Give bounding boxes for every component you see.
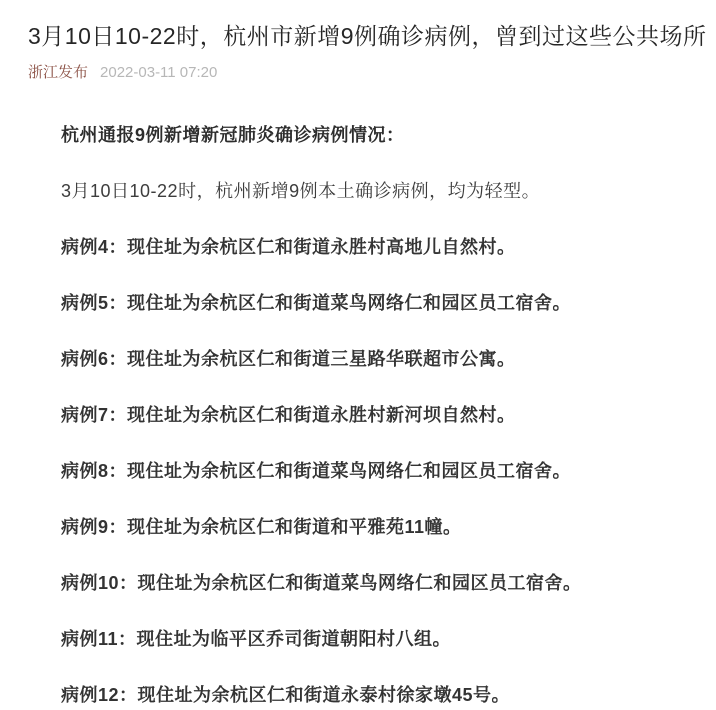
body-heading: 杭州通报9例新增新冠肺炎确诊病例情况：: [61, 122, 692, 148]
case-line: 病例12：现住址为余杭区仁和街道永泰村徐家墩45号。: [61, 682, 692, 708]
intro-paragraph: 3月10日10-22时，杭州新增9例本土确诊病例，均为轻型。: [61, 178, 692, 204]
case-line: 病例8：现住址为余杭区仁和街道菜鸟网络仁和园区员工宿舍。: [61, 458, 692, 484]
case-line: 病例5：现住址为余杭区仁和街道菜鸟网络仁和园区员工宿舍。: [61, 290, 692, 316]
article-title: 3月10日10-22时，杭州市新增9例确诊病例，曾到过这些公共场所: [28, 20, 692, 52]
case-line: 病例11：现住址为临平区乔司街道朝阳村八组。: [61, 626, 692, 652]
source-link[interactable]: 浙江发布: [28, 64, 88, 81]
publish-time: 2022-03-11 07:20: [100, 64, 217, 81]
case-line: 病例9：现住址为余杭区仁和街道和平雅苑11幢。: [61, 514, 692, 540]
byline: 浙江发布 2022-03-11 07:20: [28, 64, 692, 81]
case-line: 病例10：现住址为余杭区仁和街道菜鸟网络仁和园区员工宿舍。: [61, 570, 692, 596]
article-body: 杭州通报9例新增新冠肺炎确诊病例情况： 3月10日10-22时，杭州新增9例本土…: [28, 122, 692, 708]
case-line: 病例4：现住址为余杭区仁和街道永胜村高地儿自然村。: [61, 234, 692, 260]
case-line: 病例6：现住址为余杭区仁和街道三星路华联超市公寓。: [61, 346, 692, 372]
article-page: 3月10日10-22时，杭州市新增9例确诊病例，曾到过这些公共场所 浙江发布 2…: [0, 0, 716, 708]
case-line: 病例7：现住址为余杭区仁和街道永胜村新河坝自然村。: [61, 402, 692, 428]
